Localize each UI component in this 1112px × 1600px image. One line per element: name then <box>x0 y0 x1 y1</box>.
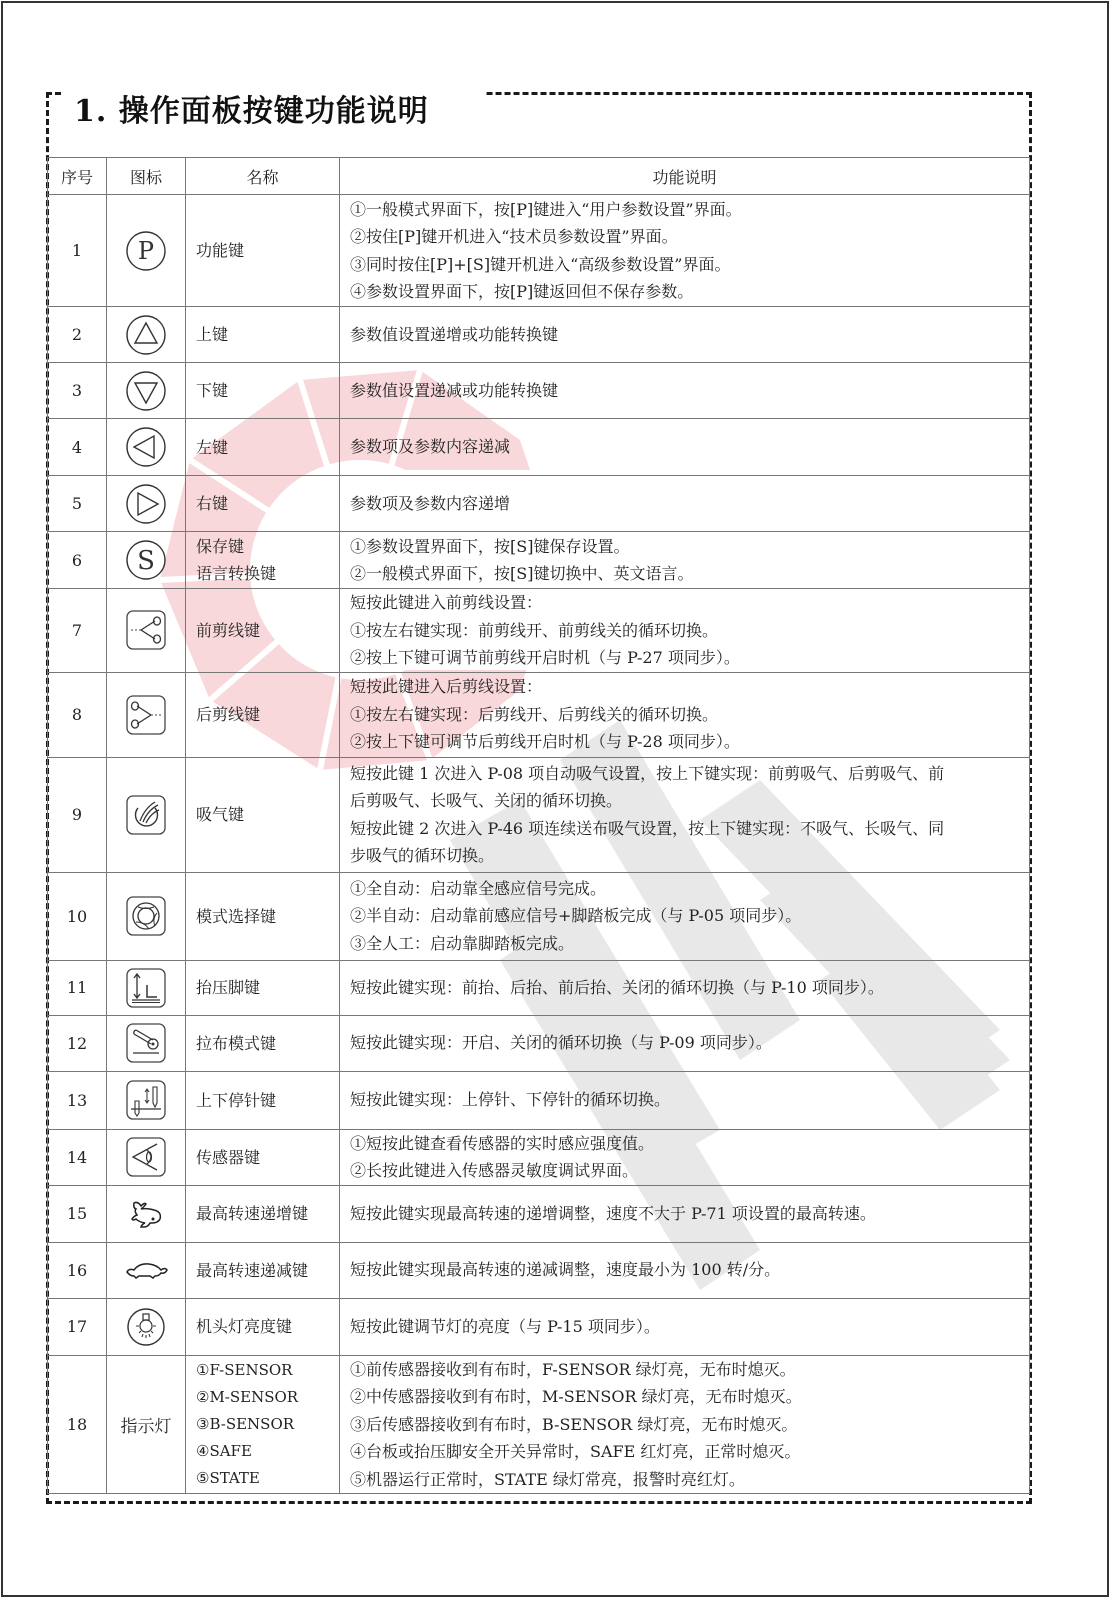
desc-line: ⑤机器运行正常时，STATE 绿灯常亮，报警时亮红灯。 <box>350 1466 1019 1494</box>
desc-line: ①前传感器接收到有布时，F-SENSOR 绿灯亮，无布时熄灭。 <box>350 1356 1019 1384</box>
key-name: 传感器键 <box>196 1144 339 1171</box>
puller-icon <box>125 1022 167 1064</box>
front-scissors-icon <box>125 609 167 651</box>
header-icon: 图标 <box>107 158 186 195</box>
rabbit-icon <box>124 1197 168 1231</box>
desc-line: ②一般模式界面下，按[S]键切换中、英文语言。 <box>350 560 1019 588</box>
desc-line: 参数值设置递增或功能转换键 <box>350 321 1019 349</box>
row-number: 12 <box>48 1015 107 1071</box>
desc-line: 步吸气的循环切换。 <box>350 842 1019 870</box>
row-number: 3 <box>48 363 107 419</box>
key-name: 上键 <box>196 321 339 348</box>
desc-line: ①参数设置界面下，按[S]键保存设置。 <box>350 533 1019 561</box>
desc-line: ①按左右键实现：前剪线开、前剪线关的循环切换。 <box>350 617 1019 645</box>
key-name: 左键 <box>196 434 339 461</box>
desc-line: 短按此键实现：前抬、后抬、前后抬、关闭的循环切换（与 P-10 项同步）。 <box>350 974 1019 1002</box>
row-number: 5 <box>48 476 107 532</box>
presser-foot-icon <box>125 967 167 1009</box>
desc-line: 参数值设置递减或功能转换键 <box>350 377 1019 405</box>
turtle-icon <box>123 1258 169 1282</box>
desc-line: ②半自动：启动靠前感应信号+脚踏板完成（与 P-05 项同步）。 <box>350 902 1019 930</box>
svg-text:P: P <box>138 237 154 265</box>
table-row: 4 左键 参数项及参数内容递减 <box>48 419 1030 476</box>
desc-line: 短按此键调节灯的亮度（与 P-15 项同步）。 <box>350 1313 1019 1341</box>
mode-select-icon <box>125 895 167 937</box>
desc-line: ③后传感器接收到有布时，B-SENSOR 绿灯亮，无布时熄灭。 <box>350 1411 1019 1439</box>
desc-line: 后剪吸气、长吸气、关闭的循环切换。 <box>350 787 1019 815</box>
desc-line: 参数项及参数内容递减 <box>350 433 1019 461</box>
row-number: 7 <box>48 589 107 673</box>
desc-line: 短按此键实现最高转速的递减调整，速度最小为 100 转/分。 <box>350 1256 1019 1284</box>
key-name: 最高转速递减键 <box>196 1257 339 1284</box>
left-triangle-icon <box>125 426 167 468</box>
row-number: 8 <box>48 672 107 757</box>
table-row: 17 机头灯亮度键 短按此键调节灯的亮度（与 P-15 项同步）。 <box>48 1298 1030 1355</box>
desc-line: ①短按此键查看传感器的实时感应强度值。 <box>350 1130 1019 1158</box>
table-row: 10 模式选择键 ①全自动：启动靠全感应信号完成。 ②半自动：启动靠前感应信号+… <box>48 872 1030 960</box>
table-row: 3 下键 参数值设置递减或功能转换键 <box>48 363 1030 419</box>
right-triangle-icon <box>125 483 167 525</box>
indicator-label: 指示灯 <box>107 1355 186 1494</box>
row-number: 10 <box>48 872 107 960</box>
desc-line: 短按此键进入后剪线设置： <box>350 673 1019 701</box>
sensor-eye-icon <box>125 1136 167 1178</box>
row-number: 14 <box>48 1129 107 1185</box>
table-row: 14 传感器键 ①短按此键查看传感器的实时感应强度值。 ②长按此键进入传感器灵敏… <box>48 1129 1030 1185</box>
desc-line: ②长按此键进入传感器灵敏度调试界面。 <box>350 1157 1019 1185</box>
key-name: 右键 <box>196 490 339 517</box>
table-row: 2 上键 参数值设置递增或功能转换键 <box>48 307 1030 363</box>
desc-line: 短按此键 1 次进入 P-08 项自动吸气设置，按上下键实现：前剪吸气、后剪吸气… <box>350 760 1019 788</box>
header-no: 序号 <box>48 158 107 195</box>
desc-line: 短按此键 2 次进入 P-46 项连续送布吸气设置，按上下键实现：不吸气、长吸气… <box>350 815 1019 843</box>
section-number: 1. <box>74 94 107 129</box>
row-number: 17 <box>48 1298 107 1355</box>
header-desc: 功能说明 <box>340 158 1030 195</box>
row-number: 9 <box>48 757 107 872</box>
key-name: 下键 <box>196 377 339 404</box>
key-name: 吸气键 <box>196 801 339 828</box>
table-row: 18 指示灯 ①F-SENSOR ②M-SENSOR ③B-SENSOR ④SA… <box>48 1355 1030 1494</box>
table-row: 5 右键 参数项及参数内容递增 <box>48 476 1030 532</box>
key-name: 语言转换键 <box>196 560 339 587</box>
desc-line: ③全人工：启动靠脚踏板完成。 <box>350 930 1019 958</box>
desc-line: ①一般模式界面下，按[P]键进入“用户参数设置”界面。 <box>350 196 1019 224</box>
table-row: 9 吸气键 短按此键 1 次进入 P-08 项自动吸气设置，按上下键实现：前剪吸… <box>48 757 1030 872</box>
indicator-name: ①F-SENSOR <box>196 1357 339 1384</box>
desc-line: ②中传感器接收到有布时，M-SENSOR 绿灯亮，无布时熄灭。 <box>350 1383 1019 1411</box>
table-row: 13 上下停针键 短按此键实现：上停针、下停针的循环切换。 <box>48 1071 1030 1129</box>
lamp-icon <box>125 1306 167 1348</box>
key-name: 模式选择键 <box>196 903 339 930</box>
desc-line: ①全自动：启动靠全感应信号完成。 <box>350 875 1019 903</box>
row-number: 6 <box>48 532 107 589</box>
desc-line: ④参数设置界面下，按[P]键返回但不保存参数。 <box>350 278 1019 306</box>
row-number: 11 <box>48 960 107 1015</box>
key-name: 前剪线键 <box>196 617 339 644</box>
needle-stop-icon <box>125 1079 167 1121</box>
row-number: 2 <box>48 307 107 363</box>
desc-line: ②按住[P]键开机进入“技术员参数设置”界面。 <box>350 223 1019 251</box>
desc-line: ②按上下键可调节前剪线开启时机（与 P-27 项同步）。 <box>350 644 1019 672</box>
indicator-name: ②M-SENSOR <box>196 1384 339 1411</box>
desc-line: ④台板或抬压脚安全开关异常时，SAFE 红灯亮，正常时熄灭。 <box>350 1438 1019 1466</box>
section-title: 1. 操作面板按键功能说明 <box>74 92 435 132</box>
key-function-table: 序号 图标 名称 功能说明 1 P 功能键 ①一般模式界面下，按[P]键进入“用… <box>47 157 1030 1494</box>
row-number: 4 <box>48 419 107 476</box>
key-name: 抬压脚键 <box>196 974 339 1001</box>
row-number: 13 <box>48 1071 107 1129</box>
desc-line: 短按此键实现：开启、关闭的循环切换（与 P-09 项同步）。 <box>350 1029 1019 1057</box>
desc-line: 短按此键进入前剪线设置： <box>350 589 1019 617</box>
key-name: 机头灯亮度键 <box>196 1313 339 1340</box>
table-row: 8 后剪线键 短按此键进入后剪线设置： ①按左右键实现：后剪线开、后剪线关的循环… <box>48 672 1030 757</box>
svg-text:S: S <box>137 546 155 576</box>
down-triangle-icon <box>125 370 167 412</box>
desc-line: ②按上下键可调节后剪线开启时机（与 P-28 项同步）。 <box>350 728 1019 756</box>
indicator-name: ③B-SENSOR <box>196 1411 339 1438</box>
key-name: 最高转速递增键 <box>196 1200 339 1227</box>
header-name: 名称 <box>186 158 340 195</box>
table-row: 11 抬压脚键 短按此键实现：前抬、后抬、前后抬、关闭的循环切换（与 P-10 … <box>48 960 1030 1015</box>
section-title-text: 操作面板按键功能说明 <box>119 94 429 129</box>
key-name: 功能键 <box>196 237 339 264</box>
p-circle-icon: P <box>125 230 167 272</box>
row-number: 15 <box>48 1185 107 1242</box>
rear-scissors-icon <box>125 694 167 736</box>
desc-line: ①按左右键实现：后剪线开、后剪线关的循环切换。 <box>350 701 1019 729</box>
indicator-name: ⑤STATE <box>196 1465 339 1492</box>
s-circle-icon: S <box>125 539 167 581</box>
key-name: 拉布模式键 <box>196 1030 339 1057</box>
desc-line: 短按此键实现最高转速的递增调整，速度不大于 P-71 项设置的最高转速。 <box>350 1200 1019 1228</box>
up-triangle-icon <box>125 314 167 356</box>
desc-line: ③同时按住[P]+[S]键开机进入“高级参数设置”界面。 <box>350 251 1019 279</box>
table-row: 7 前剪线键 短按此键进入前剪线设置： ①按左右键实现：前剪线开、前剪线关的循环… <box>48 589 1030 673</box>
desc-line: 短按此键实现：上停针、下停针的循环切换。 <box>350 1086 1019 1114</box>
key-name: 保存键 <box>196 533 339 560</box>
table-row: 16 最高转速递减键 短按此键实现最高转速的递减调整，速度最小为 100 转/分… <box>48 1242 1030 1298</box>
table-row: 1 P 功能键 ①一般模式界面下，按[P]键进入“用户参数设置”界面。 ②按住[… <box>48 195 1030 307</box>
key-name: 上下停针键 <box>196 1087 339 1114</box>
desc-line: 参数项及参数内容递增 <box>350 490 1019 518</box>
key-name: 后剪线键 <box>196 701 339 728</box>
suction-icon <box>125 794 167 836</box>
row-number: 1 <box>48 195 107 307</box>
table-row: 15 最高转速递增键 短按此键实现最高转速的递增调整，速度不大于 P-71 项设… <box>48 1185 1030 1242</box>
row-number: 18 <box>48 1355 107 1494</box>
table-header-row: 序号 图标 名称 功能说明 <box>48 158 1030 195</box>
row-number: 16 <box>48 1242 107 1298</box>
table-row: 6 S 保存键 语言转换键 ①参数设置界面下，按[S]键保存设置。 ②一般模式界… <box>48 532 1030 589</box>
indicator-name: ④SAFE <box>196 1438 339 1465</box>
table-row: 12 拉布模式键 短按此键实现：开启、关闭的循环切换（与 P-09 项同步）。 <box>48 1015 1030 1071</box>
